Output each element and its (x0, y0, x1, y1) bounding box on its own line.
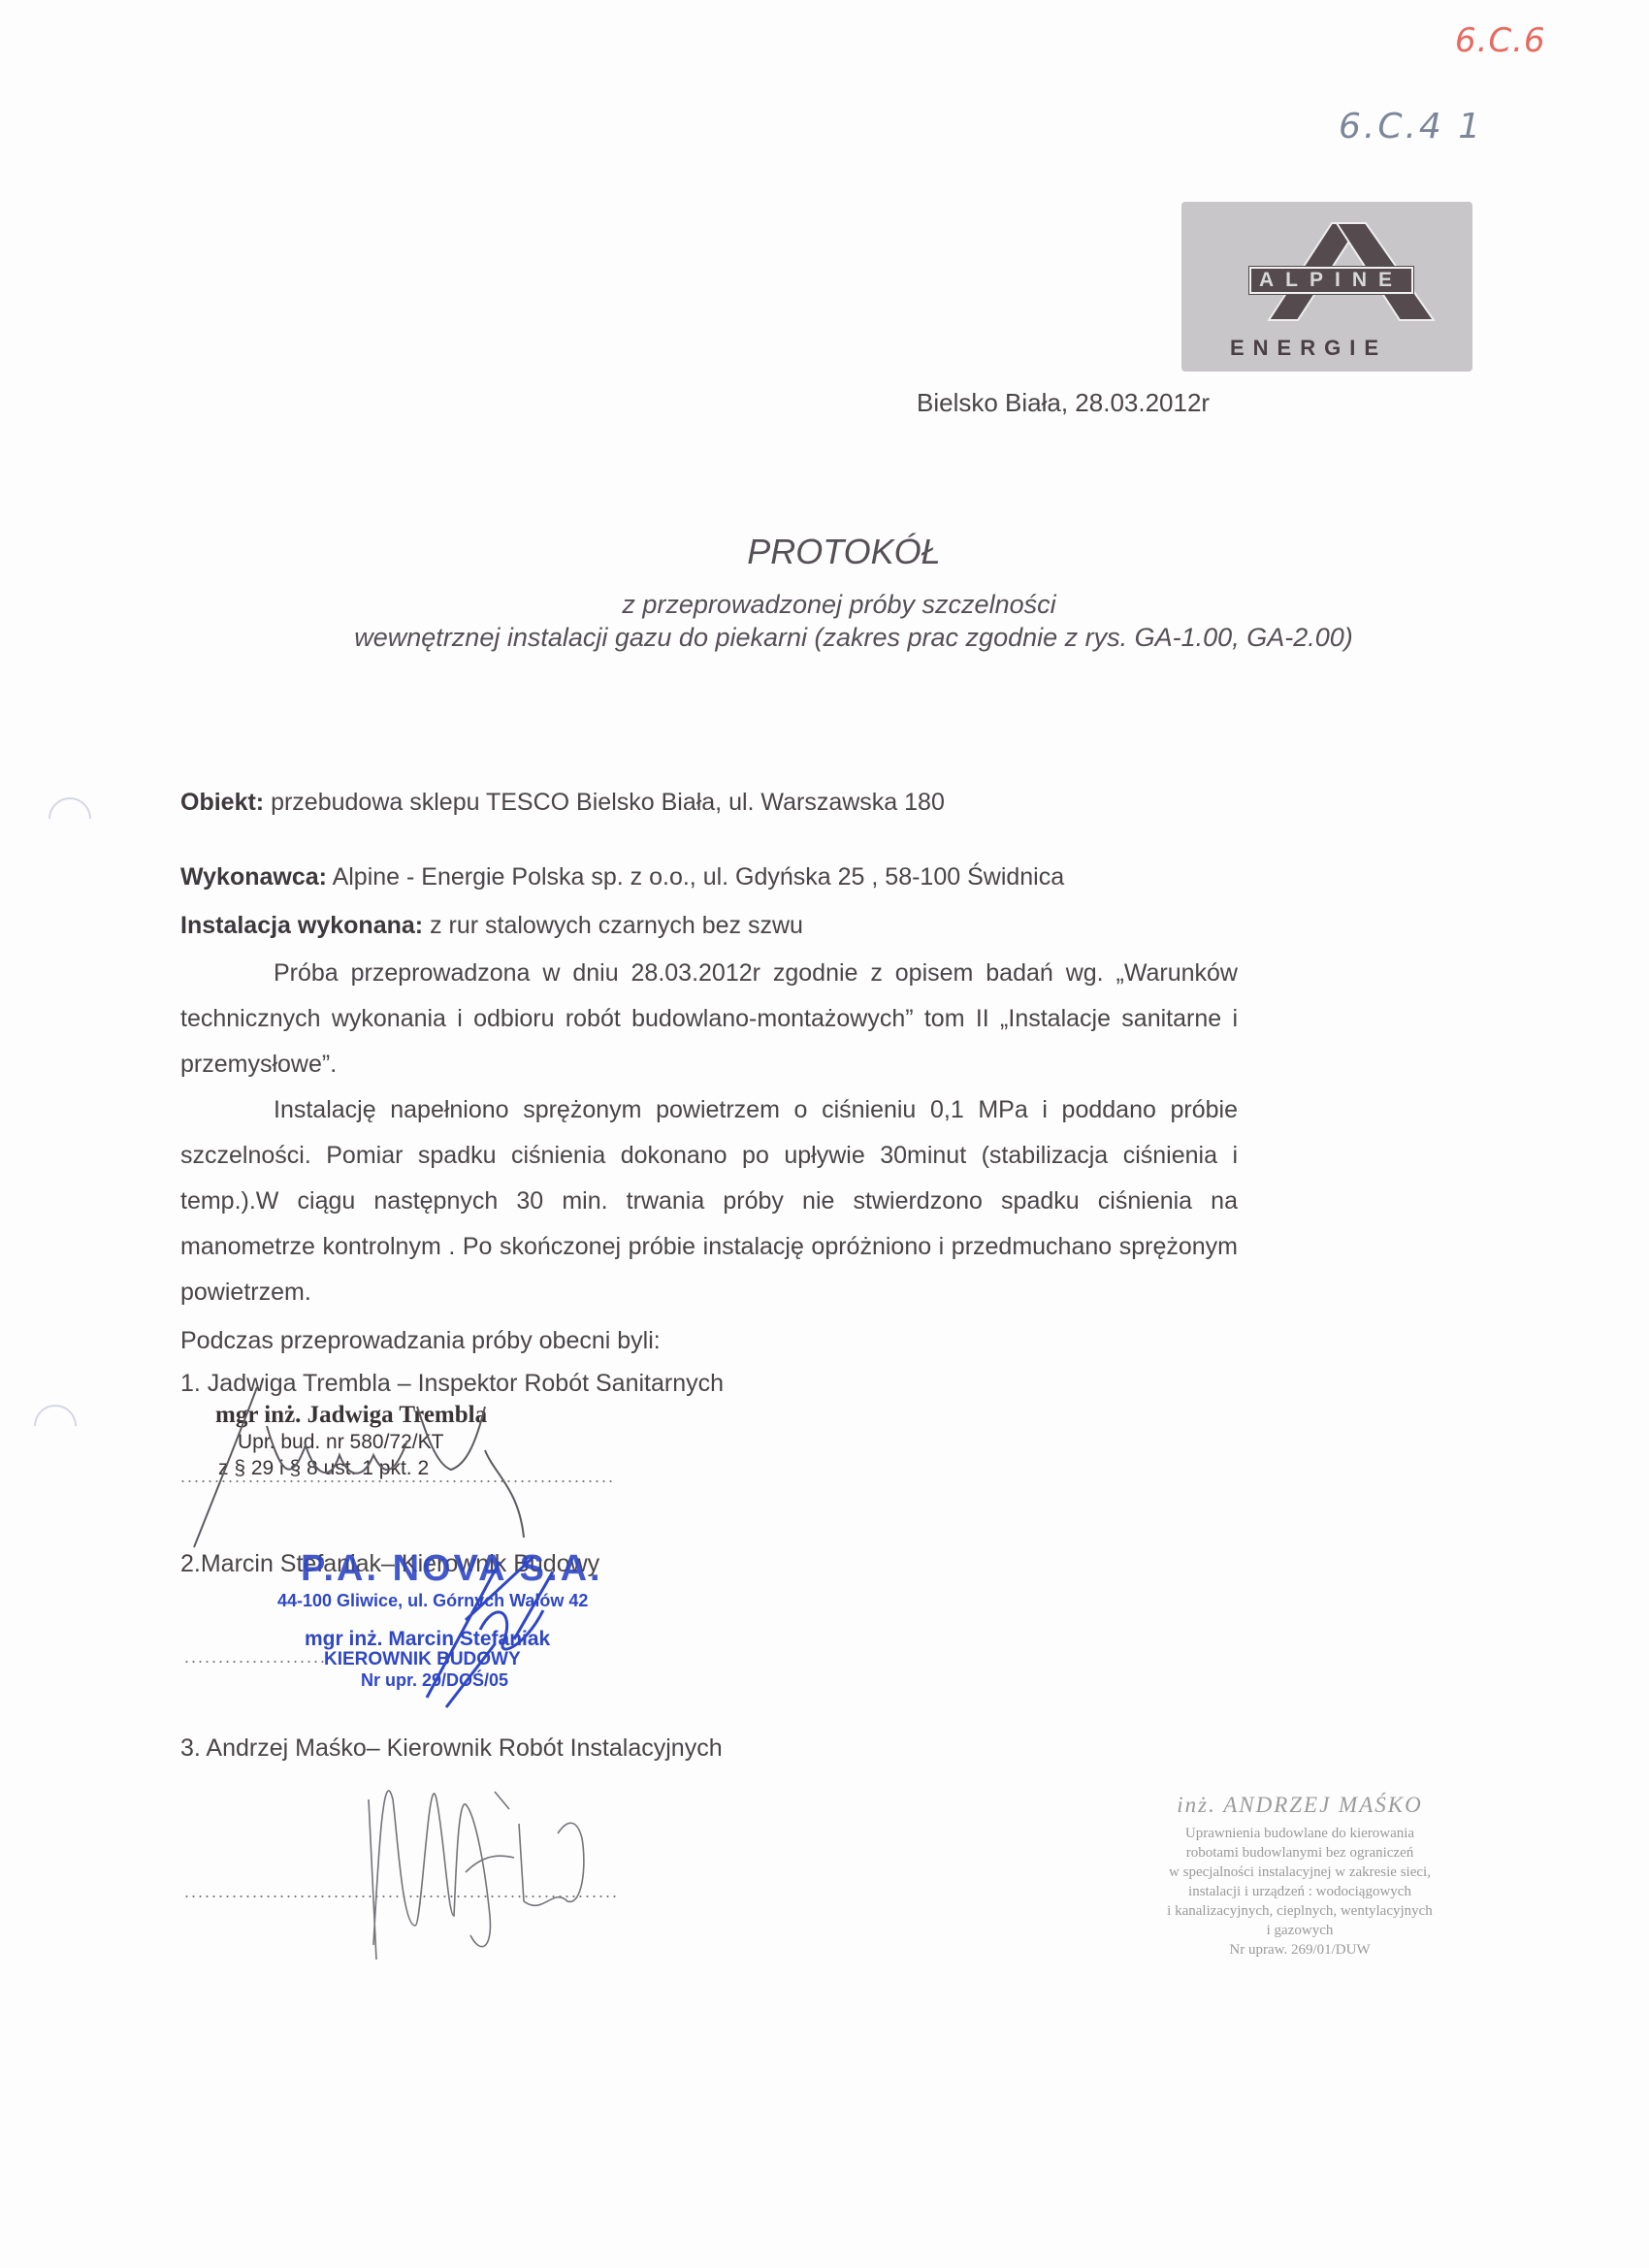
document-title: PROTOKÓŁ (0, 532, 1649, 572)
field-contractor: Wykonawca: Alpine - Energie Polska sp. z… (180, 863, 1064, 891)
field-installation: Instalacja wykonana: z rur stalowych cza… (180, 912, 803, 940)
attendee-3-signature (310, 1780, 601, 1974)
field-installation-value: z rur stalowych czarnych bez szwu (430, 912, 803, 939)
margin-punch-mark (40, 789, 100, 849)
field-object: Obiekt: przebudowa sklepu TESCO Bielsko … (180, 789, 945, 817)
document-subtitle-line1: z przeprowadzonej próby szczelności (0, 590, 1649, 620)
attendee-1-signature (184, 1387, 533, 1552)
body-paragraph-2: Instalację napełniono sprężonym powietrz… (180, 1087, 1238, 1315)
attendee-3-stamp-name: inż. ANDRZEJ MAŚKO (1096, 1793, 1503, 1818)
body-paragraph-1: Próba przeprowadzona w dniu 28.03.2012r … (180, 951, 1238, 1087)
place-date: Bielsko Biała, 28.03.2012r (917, 388, 1210, 418)
attendee-3-line: 3. Andrzej Maśko– Kierownik Robót Instal… (180, 1734, 723, 1763)
field-object-value: przebudowa sklepu TESCO Bielsko Biała, u… (271, 789, 945, 816)
attendee-2-signature (407, 1552, 582, 1717)
field-contractor-label: Wykonawca: (180, 863, 327, 891)
handwritten-annotation-red: 6.C.6 (1455, 21, 1546, 60)
logo-brand-text: ALPINE (1249, 267, 1413, 294)
logo-subtitle-text: ENERGIE (1230, 336, 1463, 361)
margin-punch-mark (25, 1396, 85, 1456)
document-subtitle-line2: wewnętrznej instalacji gazu do piekarni … (0, 623, 1649, 653)
alpine-energie-logo: ALPINE ENERGIE (1181, 202, 1472, 372)
field-object-label: Obiekt: (180, 789, 264, 816)
attendee-3-stamp-details: Uprawnienia budowlane do kierowania robo… (1096, 1824, 1503, 1960)
field-installation-label: Instalacja wykonana: (180, 912, 423, 939)
field-contractor-value: Alpine - Energie Polska sp. z o.o., ul. … (333, 863, 1065, 891)
handwritten-annotation-blue: 6.C.4 1 (1339, 107, 1483, 146)
attendees-intro: Podczas przeprowadzania próby obecni byl… (180, 1327, 661, 1355)
attendee-2-signature-line: ..................... (184, 1647, 327, 1668)
